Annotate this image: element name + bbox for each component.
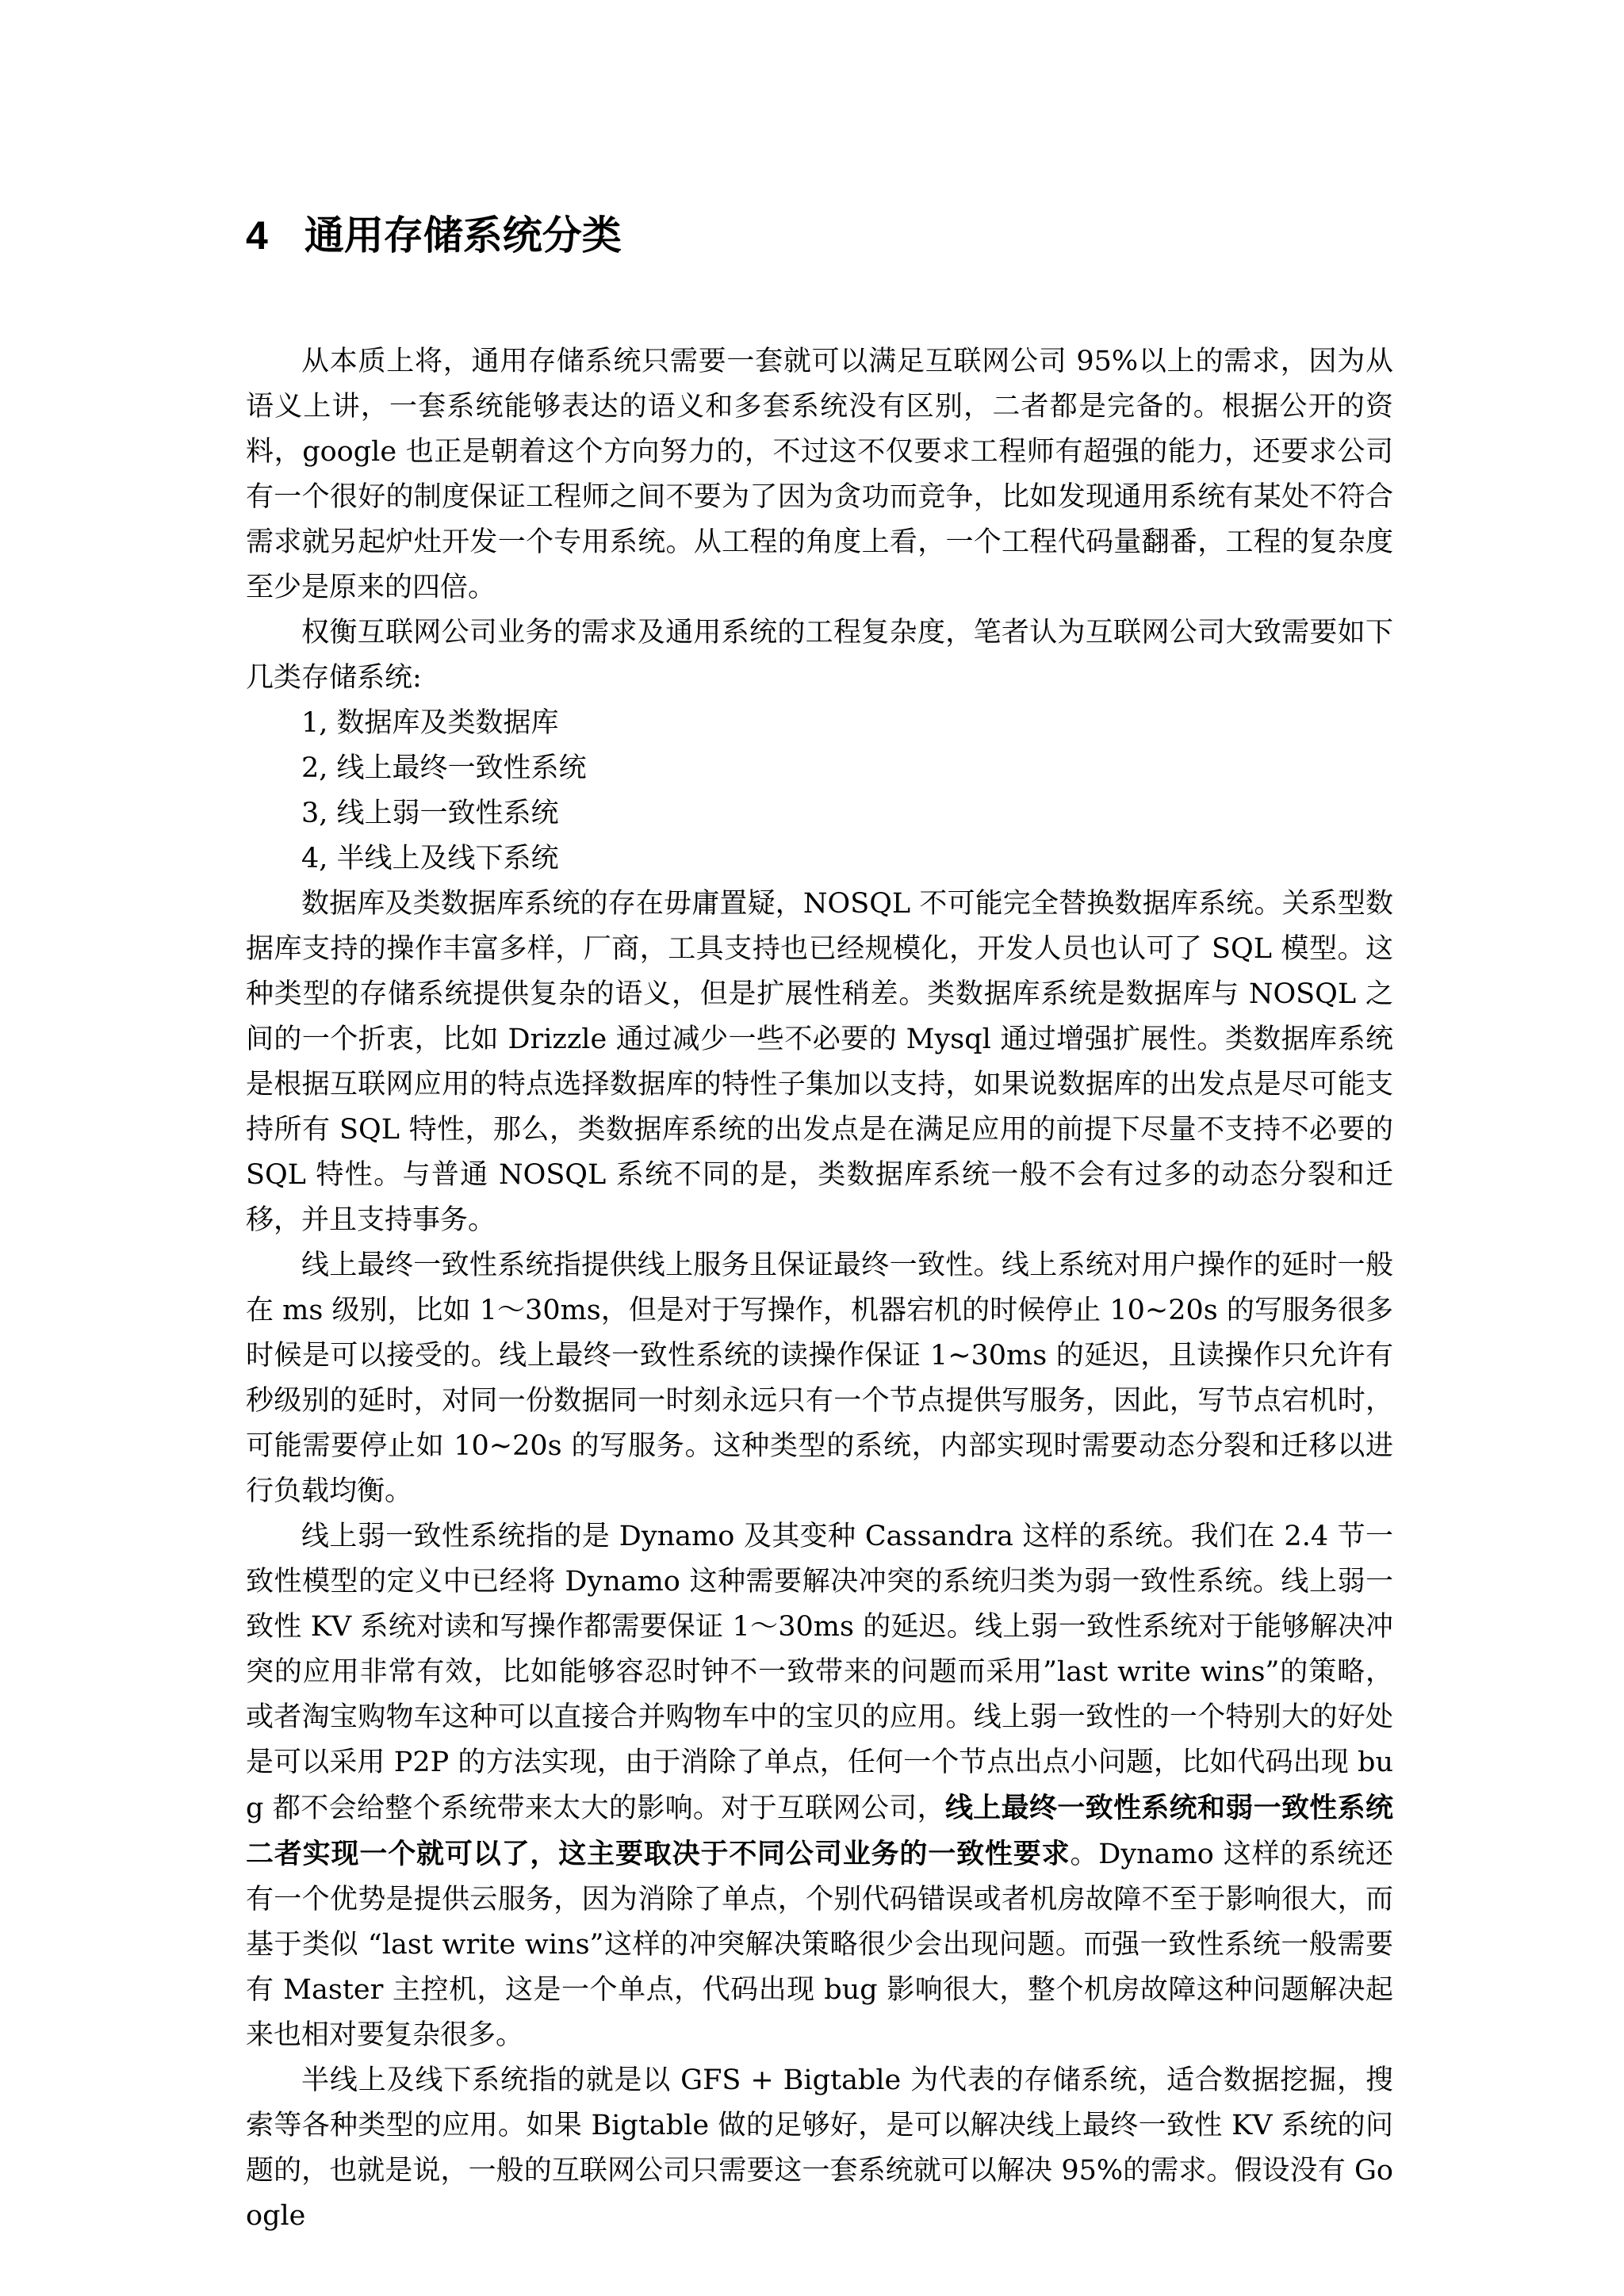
page-content: 4通用存储系统分类 从本质上将，通用存储系统只需要一套就可以满足互联网公司 95… [246,203,1393,2239]
list-item-online-weak-consistency: 3, 线上弱一致性系统 [246,791,1393,836]
list-item-database: 1, 数据库及类数据库 [246,701,1393,746]
weak-consistency-rest: 。Dynamo 这样的系统还有一个优势是提供云服务，因为消除了单点，个别代码错误… [246,1839,1393,2051]
paragraph-eventual-consistency-systems: 线上最终一致性系统指提供线上服务且保证最终一致性。线上系统对用户操作的延时一般在… [246,1243,1393,1514]
paragraph-weak-consistency-systems: 线上弱一致性系统指的是 Dynamo 及其变种 Cassandra 这样的系统。… [246,1514,1393,2058]
paragraph-categories-lead-in: 权衡互联网公司业务的需求及通用系统的工程复杂度，笔者认为互联网公司大致需要如下几… [246,610,1393,701]
list-item-semi-online-offline: 4, 半线上及线下系统 [246,836,1393,882]
paragraph-database-systems: 数据库及类数据库系统的存在毋庸置疑，NOSQL 不可能完全替换数据库系统。关系型… [246,882,1393,1243]
section-heading: 4通用存储系统分类 [246,203,1393,268]
paragraph-general-storage-intro: 从本质上将，通用存储系统只需要一套就可以满足互联网公司 95%以上的需求，因为从… [246,339,1393,610]
weak-consistency-text: 线上弱一致性系统指的是 Dynamo 及其变种 Cassandra 这样的系统。… [246,1521,1393,1824]
document-page: 4通用存储系统分类 从本质上将，通用存储系统只需要一套就可以满足互联网公司 95… [0,0,1624,2296]
list-item-online-eventual-consistency: 2, 线上最终一致性系统 [246,746,1393,791]
section-title: 通用存储系统分类 [304,213,622,258]
storage-system-category-list: 1, 数据库及类数据库 2, 线上最终一致性系统 3, 线上弱一致性系统 4, … [246,701,1393,882]
section-number: 4 [246,203,268,268]
paragraph-semi-online-offline-systems: 半线上及线下系统指的就是以 GFS + Bigtable 为代表的存储系统，适合… [246,2058,1393,2239]
